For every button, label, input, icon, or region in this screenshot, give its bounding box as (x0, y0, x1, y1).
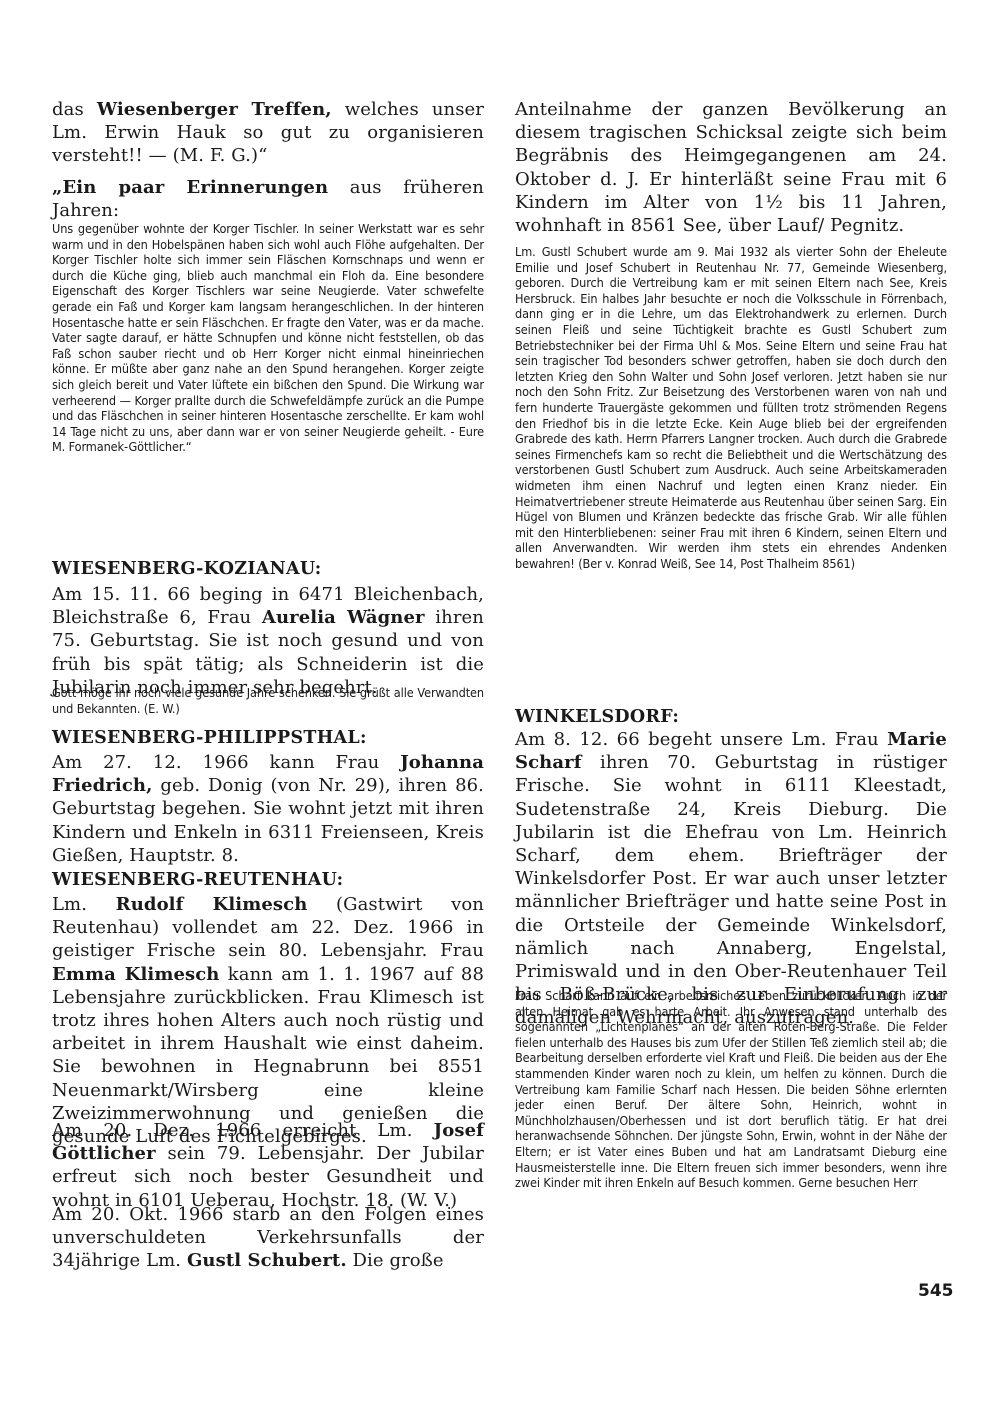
reutenhau-paragraph-3: Am 20. Okt. 1966 starb an den Folgen ein… (52, 1203, 484, 1273)
obituary-detail: Lm. Gustl Schubert wurde am 9. Mai 1932 … (515, 244, 947, 571)
memories-title: „Ein paar Erinnerungen aus früheren Jahr… (52, 176, 484, 222)
heading-kozianau: WIESENBERG-KOZIANAU: (52, 558, 484, 580)
kozianau-paragraph: Am 15. 11. 66 beging in 6471 Bleichenbac… (52, 583, 484, 699)
kozianau-note: Gott möge ihr noch viele gesunde Jahre s… (52, 685, 484, 716)
winkelsdorf-paragraph-1: Am 8. 12. 66 begeht unsere Lm. Frau Mari… (515, 728, 947, 1030)
obituary-continuation: Anteilnahme der ganzen Bevölkerung an di… (515, 98, 947, 237)
winkelsdorf-paragraph-2: Frau Scharf kann auf ein arbeitsreiches … (515, 988, 947, 1191)
page-number: 545 (918, 1281, 954, 1301)
memories-body: Uns gegenüber wohnte der Korger Tischler… (52, 221, 484, 455)
heading-reutenhau: WIESENBERG-REUTENHAU: (52, 869, 484, 891)
heading-philippsthal: WIESENBERG-PHILIPPSTHAL: (52, 727, 484, 749)
intro-paragraph: das Wiesenberger Treffen, welches unser … (52, 98, 484, 168)
philippsthal-paragraph: Am 27. 12. 1966 kann Frau Johanna Friedr… (52, 751, 484, 867)
heading-winkelsdorf: WINKELSDORF: (515, 706, 947, 728)
reutenhau-paragraph-1: Lm. Rudolf Klimesch (Gastwirt von Reuten… (52, 893, 484, 1148)
reutenhau-paragraph-2: Am 20. Dez. 1966 erreicht Lm. Josef Gött… (52, 1119, 484, 1212)
bold-name: Wiesenberger Treffen, (97, 99, 332, 120)
